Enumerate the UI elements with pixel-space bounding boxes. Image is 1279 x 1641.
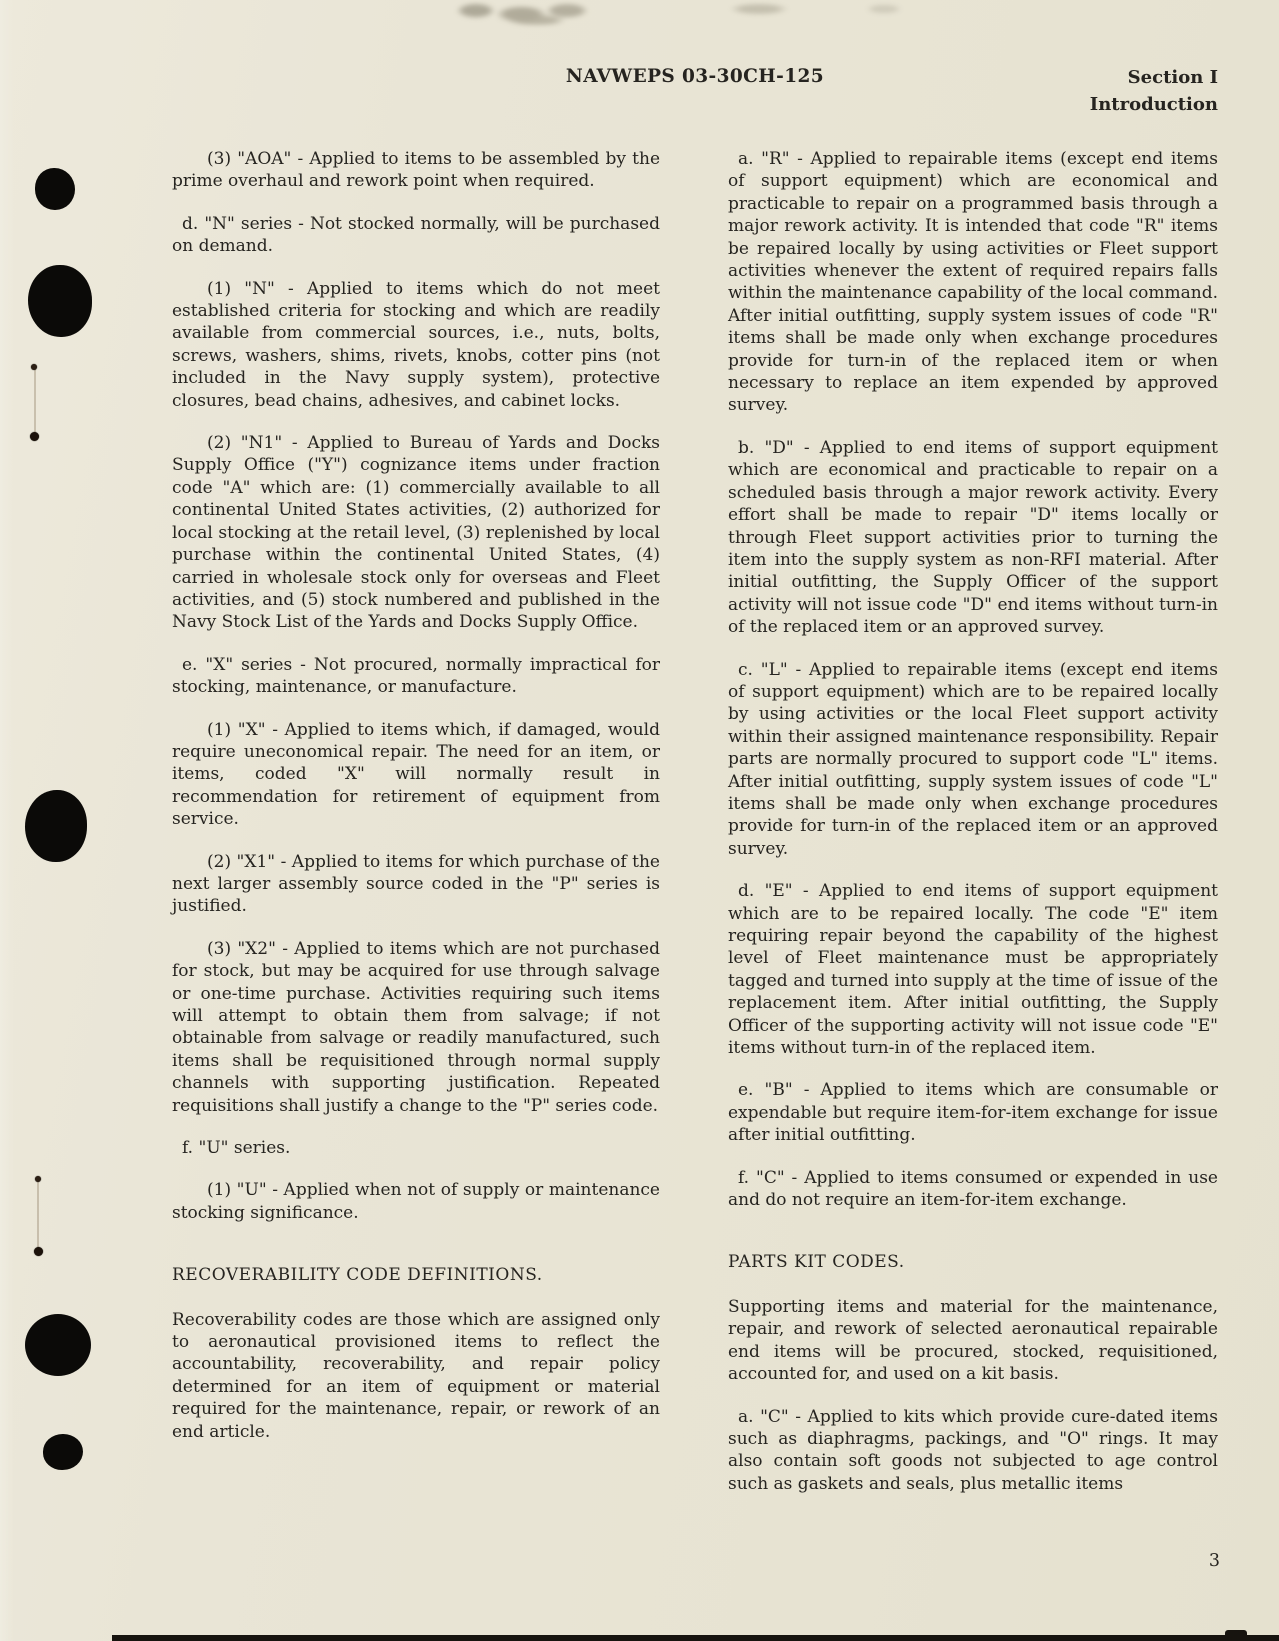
paragraph: (1) "X" - Applied to items which, if dam… <box>172 719 660 831</box>
paragraph: Supporting items and material for the ma… <box>728 1296 1218 1386</box>
paragraph: (3) "X2" - Applied to items which are no… <box>172 938 660 1117</box>
paragraph: d. "N" series - Not stocked normally, wi… <box>172 213 660 258</box>
section-label: Section I <box>1090 64 1218 91</box>
scan-smudge <box>724 2 794 16</box>
paragraph: e. "B" - Applied to items which are cons… <box>728 1079 1218 1146</box>
left-column: (3) "AOA" - Applied to items to be assem… <box>172 148 660 1515</box>
scan-mark-dot <box>35 168 75 210</box>
scan-edge-nub <box>1225 1630 1247 1641</box>
paragraph: d. "E" - Applied to end items of support… <box>728 880 1218 1059</box>
section-header: Section I Introduction <box>1090 64 1218 118</box>
section-heading: PARTS KIT CODES. <box>728 1251 1218 1273</box>
staple-hole <box>35 1176 41 1182</box>
paragraph: f. "U" series. <box>172 1137 660 1159</box>
scan-mark-dot <box>25 1314 91 1376</box>
paragraph: (1) "U" - Applied when not of supply or … <box>172 1179 660 1224</box>
paragraph: a. "R" - Applied to repairable items (ex… <box>728 148 1218 417</box>
scan-mark-dot <box>28 265 92 337</box>
scan-mark-dot <box>25 790 87 862</box>
page-number: 3 <box>1209 1551 1220 1571</box>
paragraph: a. "C" - Applied to kits which provide c… <box>728 1406 1218 1496</box>
section-subtitle: Introduction <box>1090 91 1218 118</box>
paragraph: e. "X" series - Not procured, normally i… <box>172 654 660 699</box>
paragraph: (3) "AOA" - Applied to items to be assem… <box>172 148 660 193</box>
staple-mark <box>37 1180 39 1252</box>
paragraph: c. "L" - Applied to repairable items (ex… <box>728 659 1218 861</box>
page-body: (3) "AOA" - Applied to items to be assem… <box>172 148 1218 1515</box>
doc-number: NAVWEPS 03-30CH-125 <box>172 66 1218 87</box>
staple-hole <box>34 1247 43 1256</box>
paragraph: b. "D" - Applied to end items of support… <box>728 437 1218 639</box>
scan-smudge <box>453 1 605 25</box>
scan-smudge <box>864 3 904 15</box>
document-page: NAVWEPS 03-30CH-125 Section I Introducti… <box>0 0 1279 1641</box>
paragraph: f. "C" - Applied to items consumed or ex… <box>728 1167 1218 1212</box>
scan-mark-dot <box>43 1434 83 1470</box>
right-column: a. "R" - Applied to repairable items (ex… <box>728 148 1218 1515</box>
scan-edge-strip <box>112 1635 1279 1641</box>
paragraph: (2) "N1" - Applied to Bureau of Yards an… <box>172 432 660 634</box>
paragraph: Recoverability codes are those which are… <box>172 1309 660 1443</box>
staple-hole <box>30 432 39 441</box>
staple-mark <box>34 368 36 438</box>
staple-hole <box>31 364 37 370</box>
section-heading: RECOVERABILITY CODE DEFINITIONS. <box>172 1264 660 1286</box>
scan-edge-highlight <box>0 0 14 1641</box>
paragraph: (1) "N" - Applied to items which do not … <box>172 278 660 412</box>
paragraph: (2) "X1" - Applied to items for which pu… <box>172 851 660 918</box>
